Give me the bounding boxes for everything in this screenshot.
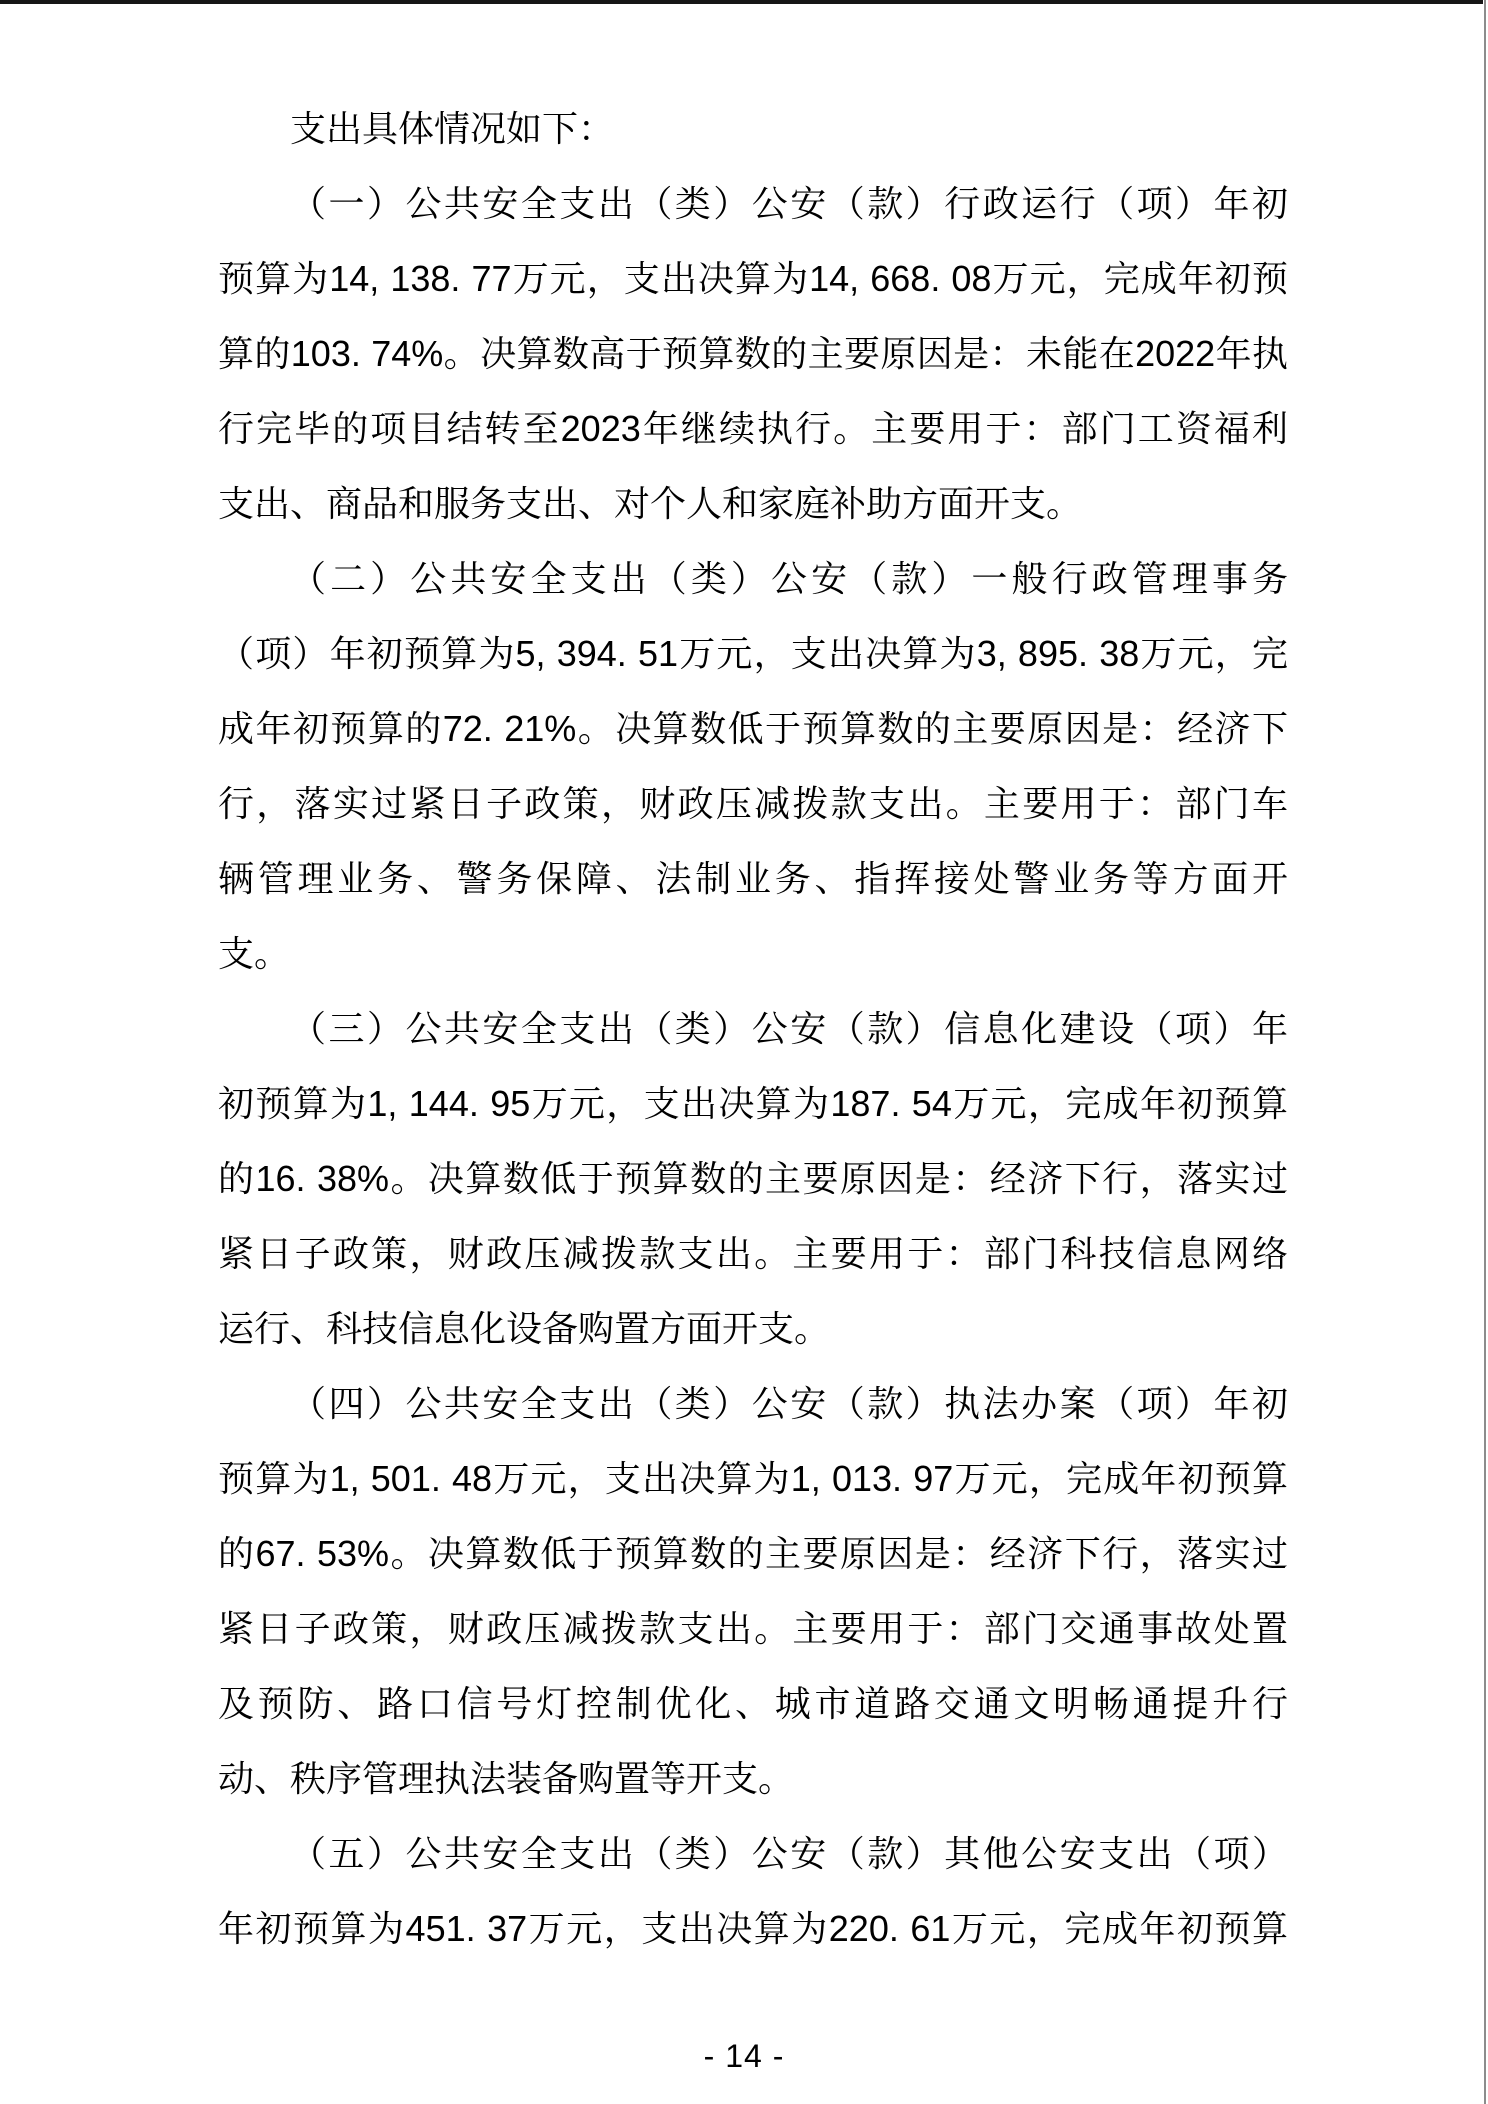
text-line: 预算为14, 138. 77万元，支出决算为14, 668. 08万元，完成年初…: [218, 241, 1288, 316]
text-line: （四）公共安全支出（类）公安（款）执法办案（项）年初: [218, 1366, 1288, 1441]
text-line: 的16. 38%。决算数低于预算数的主要原因是：经济下行，落实过: [218, 1141, 1288, 1216]
text-line: 支出具体情况如下：: [218, 91, 1288, 166]
text-line: 行，落实过紧日子政策，财政压减拨款支出。主要用于：部门车: [218, 766, 1288, 841]
text-line: 年初预算为451. 37万元，支出决算为220. 61万元，完成年初预算: [218, 1891, 1288, 1966]
text-line: （一）公共安全支出（类）公安（款）行政运行（项）年初: [218, 166, 1288, 241]
text-line: 初预算为1, 144. 95万元，支出决算为187. 54万元，完成年初预算: [218, 1066, 1288, 1141]
document-body: 支出具体情况如下：（一）公共安全支出（类）公安（款）行政运行（项）年初预算为14…: [218, 91, 1288, 1966]
text-line: 运行、科技信息化设备购置方面开支。: [218, 1291, 1288, 1366]
text-line: 支。: [218, 916, 1288, 991]
text-line: （三）公共安全支出（类）公安（款）信息化建设（项）年: [218, 991, 1288, 1066]
text-line: 预算为1, 501. 48万元，支出决算为1, 013. 97万元，完成年初预算: [218, 1441, 1288, 1516]
text-line: 行完毕的项目结转至2023年继续执行。主要用于：部门工资福利: [218, 391, 1288, 466]
text-line: 的67. 53%。决算数低于预算数的主要原因是：经济下行，落实过: [218, 1516, 1288, 1591]
page-number: - 14 -: [0, 2034, 1488, 2078]
text-line: 支出、商品和服务支出、对个人和家庭补助方面开支。: [218, 466, 1288, 541]
text-line: 算的103. 74%。决算数高于预算数的主要原因是：未能在2022年执: [218, 316, 1288, 391]
text-line: 动、秩序管理执法装备购置等开支。: [218, 1741, 1288, 1816]
scan-right-edge: [1484, 0, 1486, 2104]
scan-top-edge: [0, 0, 1483, 4]
text-line: 紧日子政策，财政压减拨款支出。主要用于：部门交通事故处置: [218, 1591, 1288, 1666]
text-line: 及预防、路口信号灯控制优化、城市道路交通文明畅通提升行: [218, 1666, 1288, 1741]
text-line: 紧日子政策，财政压减拨款支出。主要用于：部门科技信息网络: [218, 1216, 1288, 1291]
text-line: 成年初预算的72. 21%。决算数低于预算数的主要原因是：经济下: [218, 691, 1288, 766]
text-line: （项）年初预算为5, 394. 51万元，支出决算为3, 895. 38万元，完: [218, 616, 1288, 691]
document-page: 支出具体情况如下：（一）公共安全支出（类）公安（款）行政运行（项）年初预算为14…: [0, 0, 1488, 2104]
text-line: （五）公共安全支出（类）公安（款）其他公安支出（项）: [218, 1816, 1288, 1891]
text-line: 辆管理业务、警务保障、法制业务、指挥接处警业务等方面开: [218, 841, 1288, 916]
text-line: （二）公共安全支出（类）公安（款）一般行政管理事务: [218, 541, 1288, 616]
